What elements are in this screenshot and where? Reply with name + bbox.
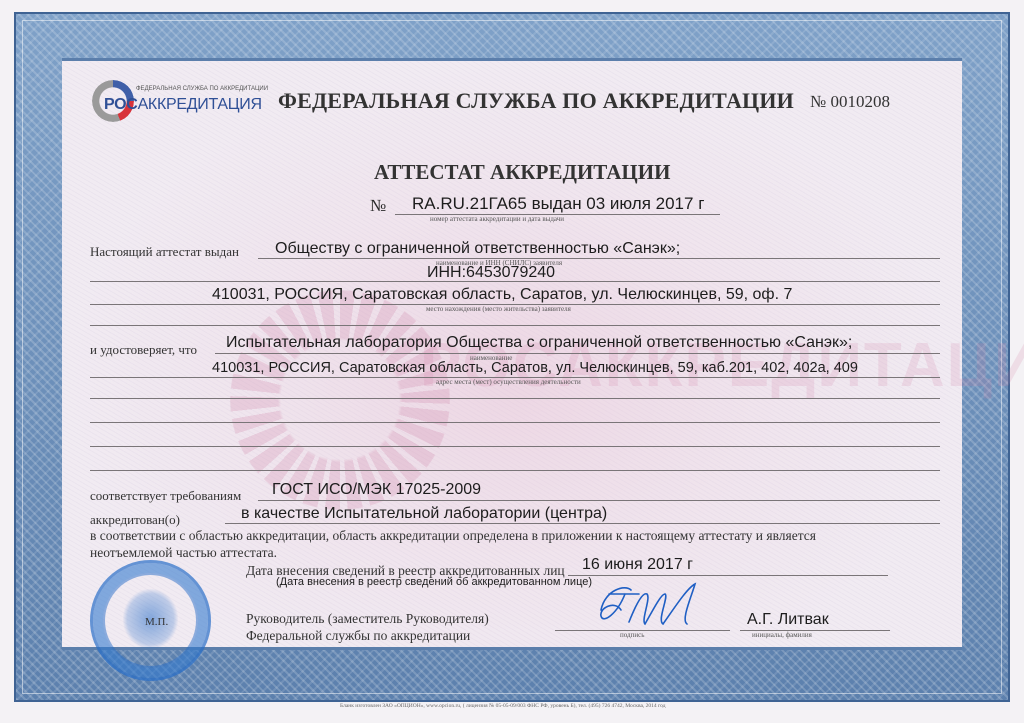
compliance-value: ГОСТ ИСО/МЭК 17025-2009 bbox=[272, 481, 481, 499]
issued-to-address-caption: место нахождения (место жительства) заяв… bbox=[426, 305, 571, 313]
signatory-title-line1: Руководитель (заместитель Руководителя) bbox=[246, 611, 489, 627]
signatory-title-line2: Федеральной службы по аккредитации bbox=[246, 628, 470, 644]
certificate-title: АТТЕСТАТ АККРЕДИТАЦИИ bbox=[374, 160, 670, 185]
certifies-name: Испытательная лаборатория Общества с огр… bbox=[226, 334, 852, 352]
serial-number: № 0010208 bbox=[810, 92, 890, 112]
certifies-label: и удостоверяет, что bbox=[90, 342, 197, 358]
inn-underline bbox=[90, 281, 940, 282]
certifies-underline bbox=[215, 353, 940, 354]
number-caption: номер аттестата аккредитации и дата выда… bbox=[430, 215, 564, 223]
blank-underline-3 bbox=[90, 422, 940, 423]
watermark-logo bbox=[230, 290, 450, 510]
compliance-underline bbox=[258, 500, 940, 501]
signatory-name: А.Г. Литвак bbox=[747, 611, 829, 629]
accredited-underline bbox=[225, 523, 940, 524]
logo-brand: РОСАККРЕДИТАЦИЯ bbox=[104, 96, 262, 114]
signature-icon bbox=[595, 580, 715, 630]
scope-text-line1: в соответствии с областью аккредитации, … bbox=[90, 528, 816, 544]
stamp-place-label: М.П. bbox=[145, 616, 168, 628]
header-title: ФЕДЕРАЛЬНАЯ СЛУЖБА ПО АККРЕДИТАЦИИ bbox=[278, 88, 794, 114]
certifies-address: 410031, РОССИЯ, Саратовская область, Сар… bbox=[212, 360, 858, 376]
issued-to-name: Обществу с ограниченной ответственностью… bbox=[275, 240, 680, 258]
accredited-value: в качестве Испытательной лаборатории (це… bbox=[241, 505, 607, 523]
scope-text-line2: неотъемлемой частью аттестата. bbox=[90, 545, 277, 561]
number-sign: № bbox=[370, 196, 386, 216]
accredited-label: аккредитован(о) bbox=[90, 512, 180, 528]
rosaccreditation-logo: ФЕДЕРАЛЬНАЯ СЛУЖБА ПО АККРЕДИТАЦИИ РОСАК… bbox=[92, 80, 262, 124]
name-caption: инициалы, фамилия bbox=[752, 631, 812, 639]
blank-underline-4 bbox=[90, 446, 940, 447]
logo-brand-rest: АККРЕДИТАЦИЯ bbox=[138, 96, 262, 113]
logo-subtitle: ФЕДЕРАЛЬНАЯ СЛУЖБА ПО АККРЕДИТАЦИИ bbox=[136, 86, 268, 92]
blank-underline-1 bbox=[90, 325, 940, 326]
certificate-number: RA.RU.21ГА65 выдан 03 июля 2017 г bbox=[412, 194, 704, 214]
blank-underline-2 bbox=[90, 398, 940, 399]
issued-to-underline bbox=[258, 258, 940, 259]
logo-brand-bold: РОС bbox=[104, 96, 138, 113]
registry-underline bbox=[568, 575, 888, 576]
compliance-label: соответствует требованиям bbox=[90, 488, 241, 504]
issued-to-address: 410031, РОССИЯ, Саратовская область, Сар… bbox=[212, 286, 792, 304]
certifies-address-caption: адрес места (мест) осуществления деятель… bbox=[436, 378, 581, 386]
issued-to-label: Настоящий аттестат выдан bbox=[90, 244, 239, 260]
registry-date: 16 июня 2017 г bbox=[582, 556, 693, 574]
issued-to-inn: ИНН:6453079240 bbox=[427, 264, 555, 282]
registry-caption: (Дата внесения в реестр сведений об аккр… bbox=[276, 576, 592, 588]
blank-underline-5 bbox=[90, 470, 940, 471]
signature-caption: подпись bbox=[620, 631, 644, 639]
printer-footer: Бланк изготовлен ЗАО «ОПЦИОН», www.opcio… bbox=[340, 703, 666, 709]
